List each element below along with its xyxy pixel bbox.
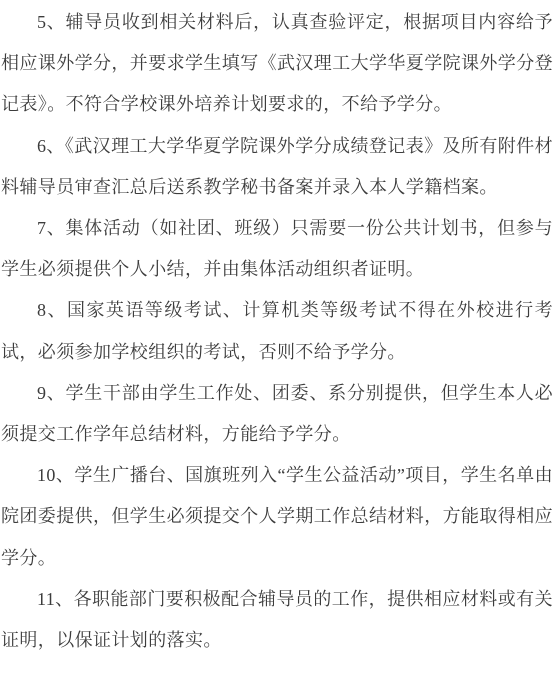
paragraph-5: 5、辅导员收到相关材料后，认真查验评定，根据项目内容给予相应课外学分，并要求学生… bbox=[1, 2, 553, 126]
paragraph-6: 6、《武汉理工大学华夏学院课外学分成绩登记表》及所有附件材料辅导员审查汇总后送系… bbox=[1, 126, 553, 208]
paragraph-8: 8、国家英语等级考试、计算机类等级考试不得在外校进行考试，必须参加学校组织的考试… bbox=[1, 290, 553, 372]
paragraph-11: 11、各职能部门要积极配合辅导员的工作，提供相应材料或有关证明，以保证计划的落实… bbox=[1, 579, 553, 661]
document-page: 5、辅导员收到相关材料后，认真查验评定，根据项目内容给予相应课外学分，并要求学生… bbox=[0, 0, 554, 686]
paragraph-10: 10、学生广播台、国旗班列入“学生公益活动”项目，学生名单由院团委提供，但学生必… bbox=[1, 455, 553, 579]
paragraph-7: 7、集体活动（如社团、班级）只需要一份公共计划书，但参与学生必须提供个人小结，并… bbox=[1, 208, 553, 290]
paragraph-9: 9、学生干部由学生工作处、团委、系分别提供，但学生本人必须提交工作学年总结材料，… bbox=[1, 373, 553, 455]
